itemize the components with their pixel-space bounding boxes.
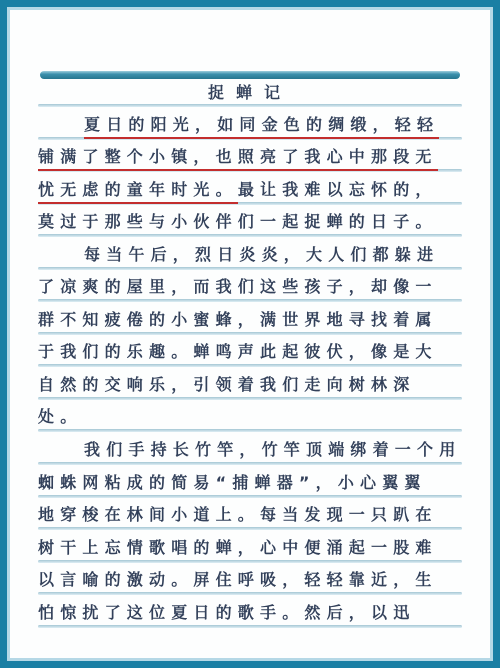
- essay-line-row: 群不知疲倦的小蜜蜂，满世界地寻找着属: [38, 302, 462, 335]
- essay-line-text: 树干上忘情歌唱的蝉，心中便涌起一股难: [38, 540, 438, 563]
- teacher-underline: 铺满了整个小镇，也照亮了我心中那段无: [38, 147, 438, 171]
- essay-rows: 捉蝉记 夏日的阳光，如同金色的绸缎，轻轻 铺满了整个小镇，也照亮了我心中那段无 …: [38, 71, 462, 628]
- teacher-underline: 忧无虑的童年时光。: [38, 180, 238, 204]
- essay-line-text: 铺满了整个小镇，也照亮了我心中那段无: [38, 149, 438, 172]
- essay-line-text: 怕惊扰了这位夏日的歌手。然后，以迅: [38, 605, 415, 628]
- essay-line-row: 处。: [38, 400, 462, 433]
- notebook-paper: 捉蝉记 夏日的阳光，如同金色的绸缎，轻轻 铺满了整个小镇，也照亮了我心中那段无 …: [38, 71, 462, 628]
- essay-line-text: 夏日的阳光，如同金色的绸缎，轻轻: [38, 117, 439, 140]
- essay-line-text: 忧无虑的童年时光。最让我难以忘怀的，: [38, 182, 438, 205]
- essay-line-row: 以言喻的激动。屏住呼吸，轻轻靠近，生: [38, 563, 462, 596]
- essay-line-row: 树干上忘情歌唱的蝉，心中便涌起一股难: [38, 530, 462, 563]
- essay-line-text: 处。: [38, 409, 82, 432]
- essay-line-row: 忧无虑的童年时光。最让我难以忘怀的，: [38, 172, 462, 205]
- essay-line-row: 蜘蛛网粘成的简易“捕蝉器”，小心翼翼: [38, 465, 462, 498]
- essay-line-row: 了凉爽的屋里，而我们这些孩子，却像一: [38, 270, 462, 303]
- essay-title-row: 捉蝉记: [38, 79, 462, 107]
- essay-line-text: 了凉爽的屋里，而我们这些孩子，却像一: [38, 279, 438, 302]
- essay-line-row: 每当午后，烈日炎炎，大人们都躲进: [38, 237, 462, 270]
- essay-line-text: 地穿梭在林间小道上。每当发现一只趴在: [38, 507, 438, 530]
- essay-title: 捉蝉记: [208, 85, 292, 107]
- essay-line-row: 夏日的阳光，如同金色的绸缎，轻轻: [38, 107, 462, 140]
- essay-line-row: 于我们的乐趣。蝉鸣声此起彼伏，像是大: [38, 335, 462, 368]
- essay-line-row: 地穿梭在林间小道上。每当发现一只趴在: [38, 498, 462, 531]
- essay-line-text: 于我们的乐趣。蝉鸣声此起彼伏，像是大: [38, 344, 438, 367]
- essay-line-text: 以言喻的激动。屏住呼吸，轻轻靠近，生: [38, 572, 438, 595]
- essay-line-text: 我们手持长竹竿，竹竿顶端绑着一个用: [38, 442, 461, 465]
- essay-line-text: 群不知疲倦的小蜜蜂，满世界地寻找着属: [38, 312, 438, 335]
- essay-line-row: 怕惊扰了这位夏日的歌手。然后，以迅: [38, 595, 462, 628]
- essay-line-text: 自然的交响乐，引领着我们走向树林深: [38, 377, 415, 400]
- essay-line-text: 每当午后，烈日炎炎，大人们都躲进: [38, 247, 439, 270]
- top-rule-bar: [40, 71, 460, 79]
- essay-line-text: 莫过于那些与小伙伴们一起捉蝉的日子。: [38, 214, 438, 237]
- essay-line-row: 莫过于那些与小伙伴们一起捉蝉的日子。: [38, 205, 462, 238]
- essay-line-text: 蜘蛛网粘成的简易“捕蝉器”，小心翼翼: [38, 475, 427, 498]
- essay-line-row: 我们手持长竹竿，竹竿顶端绑着一个用: [38, 432, 462, 465]
- essay-line-row: 铺满了整个小镇，也照亮了我心中那段无: [38, 140, 462, 173]
- essay-line-row: 自然的交响乐，引领着我们走向树林深: [38, 367, 462, 400]
- page-frame: 捉蝉记 夏日的阳光，如同金色的绸缎，轻轻 铺满了整个小镇，也照亮了我心中那段无 …: [0, 0, 500, 668]
- teacher-underline: 夏日的阳光，如同金色的绸缎，轻轻: [84, 115, 439, 139]
